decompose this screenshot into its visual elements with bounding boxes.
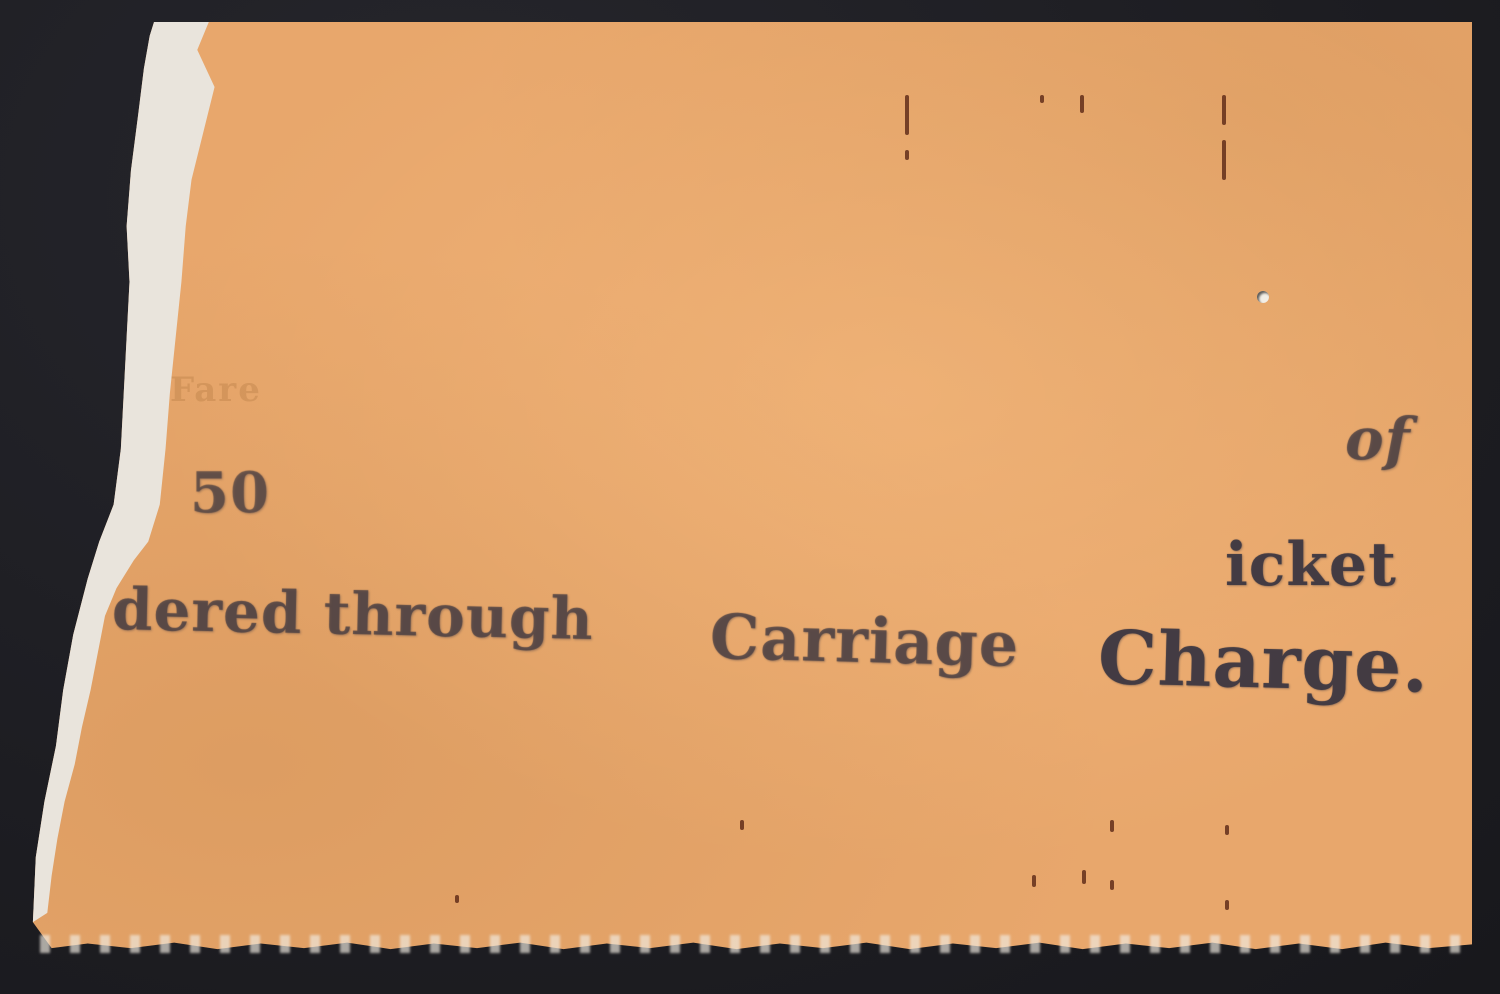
- perforation-mark: [1082, 870, 1086, 884]
- faded-text-row1: Fare: [170, 370, 262, 410]
- perforation-mark: [1080, 95, 1084, 113]
- perforation-mark: [1222, 140, 1226, 180]
- stamp-word-of: of: [1345, 405, 1411, 473]
- perforation-mark: [1225, 900, 1229, 910]
- perforated-bottom-edge: [40, 935, 1470, 953]
- stamp-word-ticket: icket: [1225, 530, 1397, 600]
- perforation-mark: [1032, 875, 1036, 887]
- perforation-mark: [740, 820, 744, 830]
- faded-number: 50: [190, 460, 270, 526]
- perforation-mark: [1222, 95, 1226, 125]
- stamp-word-charge: Charge.: [1097, 615, 1430, 710]
- perforation-mark: [455, 895, 459, 903]
- stamp-phrase-dered-through: dered through: [111, 575, 594, 653]
- perforation-mark: [1040, 95, 1044, 103]
- perforation-mark: [905, 95, 909, 135]
- perforation-mark: [905, 150, 909, 160]
- perforation-mark: [1110, 820, 1114, 832]
- stamp-word-carriage: Carriage: [709, 600, 1020, 681]
- perforation-mark: [1110, 880, 1114, 890]
- perforation-mark: [1225, 825, 1229, 835]
- punch-hole: [1257, 291, 1269, 303]
